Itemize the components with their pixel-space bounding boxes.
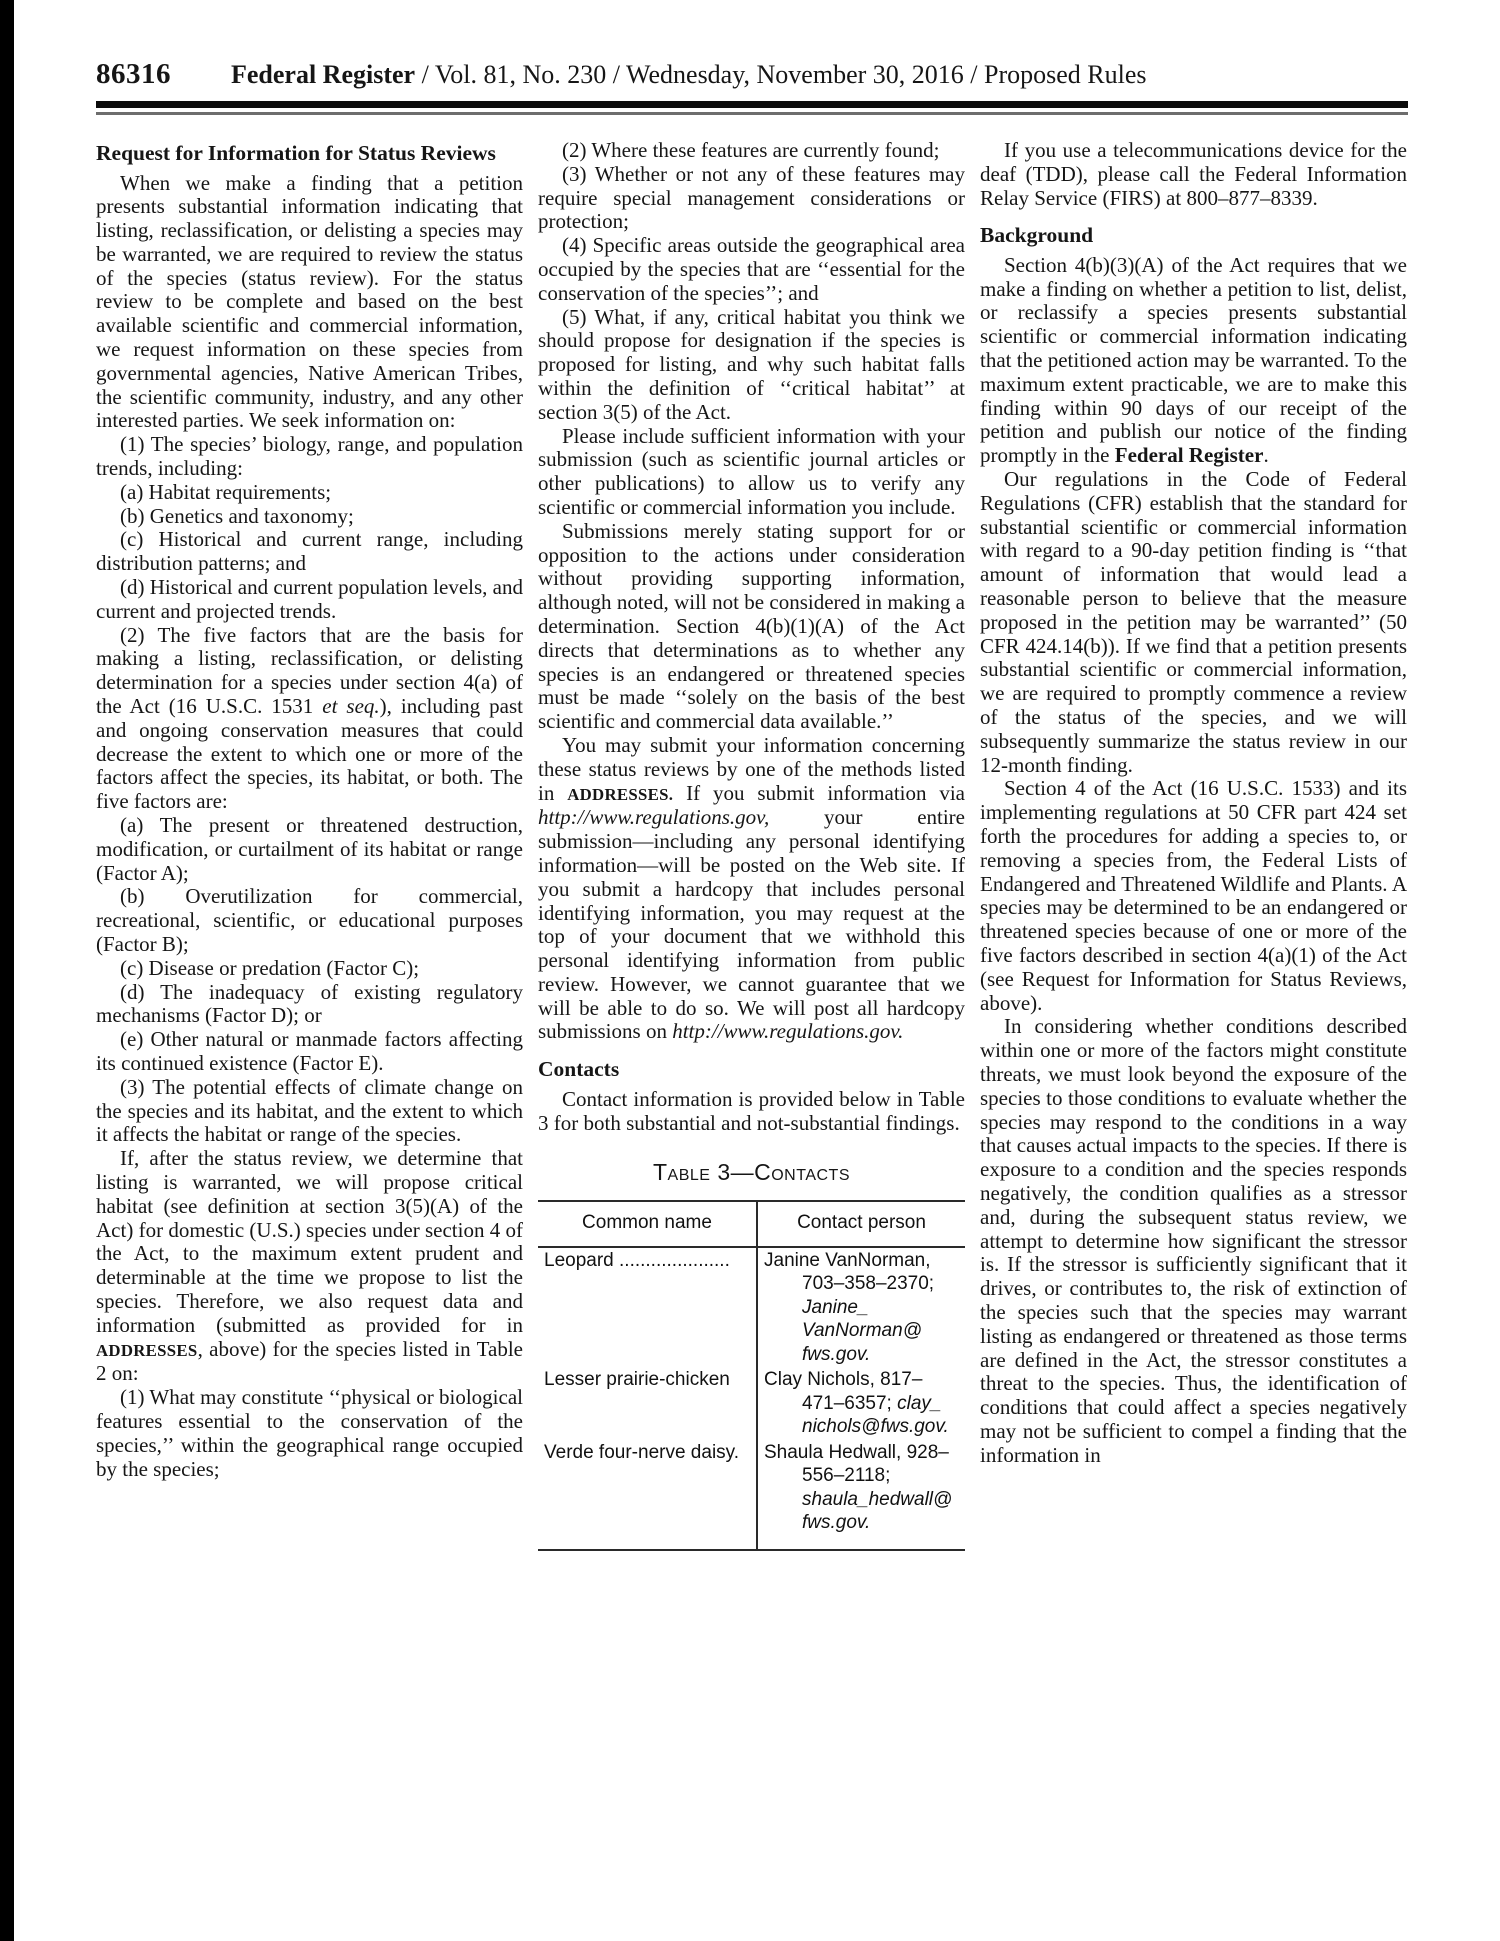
paragraph: (2) Where these features are currently f…: [538, 139, 965, 163]
paragraph: (b) Genetics and taxonomy;: [96, 505, 523, 529]
table-cell-common-name: Leopard .....................: [538, 1248, 758, 1368]
paragraph: (d) Historical and current population le…: [96, 576, 523, 624]
bold-text: Federal Register: [1115, 443, 1264, 467]
page-number: 86316: [96, 58, 171, 91]
paragraph: (3) The potential effects of climate cha…: [96, 1076, 523, 1147]
table-header-row: Common nameContact person: [538, 1202, 965, 1248]
paragraph: (d) The inadequacy of existing regulator…: [96, 981, 523, 1029]
paragraph: (a) The present or threatened destructio…: [96, 814, 523, 885]
paragraph: Our regulations in the Code of Federal R…: [980, 468, 1407, 777]
bold-text: ADDRESSES.: [567, 785, 673, 804]
document-page: 86316 Federal Register / Vol. 81, No. 23…: [96, 58, 1408, 1551]
paragraph: (c) Historical and current range, includ…: [96, 528, 523, 576]
bold-text: ADDRESSES: [96, 1341, 198, 1360]
paragraph: Submissions merely stating support for o…: [538, 520, 965, 734]
paragraph: If, after the status review, we determin…: [96, 1147, 523, 1386]
header-rule-thin: [96, 112, 1408, 115]
paragraph: (c) Disease or predation (Factor C);: [96, 957, 523, 981]
italic-text: shaula_hedwall@fws.gov.: [802, 1489, 952, 1534]
table-header-contact-person: Contact person: [758, 1202, 965, 1246]
paragraph: Contact information is provided below in…: [538, 1088, 965, 1136]
paragraph: If you use a telecommunications device f…: [980, 139, 1407, 210]
column-2: (2) Where these features are currently f…: [538, 139, 965, 1551]
table-row: Lesser prairie-chickenClay Nichols, 817–…: [538, 1367, 965, 1440]
table-row: Verde four-nerve daisy.Shaula Hedwall, 9…: [538, 1440, 965, 1549]
table-caption: Table 3—Contacts: [538, 1159, 965, 1186]
paragraph: You may submit your information concerni…: [538, 734, 965, 1044]
table-cell-contact-person: Janine VanNorman, 703–358–2370; Janine_V…: [758, 1248, 965, 1368]
table-cell-contact-person: Clay Nichols, 817–471–6357; clay_nichols…: [758, 1367, 965, 1440]
section-heading: Request for Information for Status Revie…: [96, 141, 523, 166]
paragraph: (1) The species’ biology, range, and pop…: [96, 433, 523, 481]
paragraph: Please include sufficient information wi…: [538, 425, 965, 520]
table-cell-contact-person: Shaula Hedwall, 928–556–2118; shaula_hed…: [758, 1440, 965, 1549]
paragraph: (e) Other natural or manmade factors aff…: [96, 1028, 523, 1076]
contacts-table: Common nameContact personLeopard .......…: [538, 1200, 965, 1551]
page-header: 86316 Federal Register / Vol. 81, No. 23…: [96, 58, 1408, 91]
running-head-citation: Federal Register / Vol. 81, No. 230 / We…: [231, 60, 1147, 90]
header-rule-thick: [96, 101, 1408, 108]
table-cell-common-name: Lesser prairie-chicken: [538, 1367, 758, 1440]
italic-text: clay_nichols@fws.gov.: [802, 1393, 949, 1438]
italic-text: http://www.regulations.gov.: [672, 1019, 903, 1043]
table-cell-common-name: Verde four-nerve daisy.: [538, 1440, 758, 1549]
text-columns: Request for Information for Status Revie…: [96, 139, 1408, 1551]
paragraph: (4) Specific areas outside the geographi…: [538, 234, 965, 305]
section-heading: Background: [980, 223, 1407, 248]
paragraph: (3) Whether or not any of these features…: [538, 163, 965, 234]
table-row: Leopard .....................Janine VanN…: [538, 1248, 965, 1368]
paragraph: In considering whether conditions descri…: [980, 1015, 1407, 1467]
paragraph: (b) Overutilization for commercial, recr…: [96, 885, 523, 956]
column-3: If you use a telecommunications device f…: [980, 139, 1407, 1551]
italic-text: Janine_VanNorman@fws.gov.: [802, 1297, 922, 1365]
page-binding-edge-bar: [0, 0, 14, 1941]
italic-text: http://www.regulations.gov,: [538, 805, 769, 829]
paragraph: Section 4(b)(3)(A) of the Act requires t…: [980, 254, 1407, 468]
column-1: Request for Information for Status Revie…: [96, 139, 523, 1551]
citation-publication-title: Federal Register: [231, 60, 415, 89]
paragraph: When we make a finding that a petition p…: [96, 172, 523, 434]
paragraph: Section 4 of the Act (16 U.S.C. 1533) an…: [980, 777, 1407, 1015]
paragraph: (a) Habitat requirements;: [96, 481, 523, 505]
citation-volume-date: / Vol. 81, No. 230 / Wednesday, November…: [415, 60, 1146, 89]
paragraph: (2) The five factors that are the basis …: [96, 624, 523, 814]
italic-text: et seq.: [322, 694, 379, 718]
paragraph: (5) What, if any, critical habitat you t…: [538, 306, 965, 425]
paragraph: (1) What may constitute ‘‘physical or bi…: [96, 1386, 523, 1481]
section-heading: Contacts: [538, 1057, 965, 1082]
table-header-common-name: Common name: [538, 1202, 758, 1246]
